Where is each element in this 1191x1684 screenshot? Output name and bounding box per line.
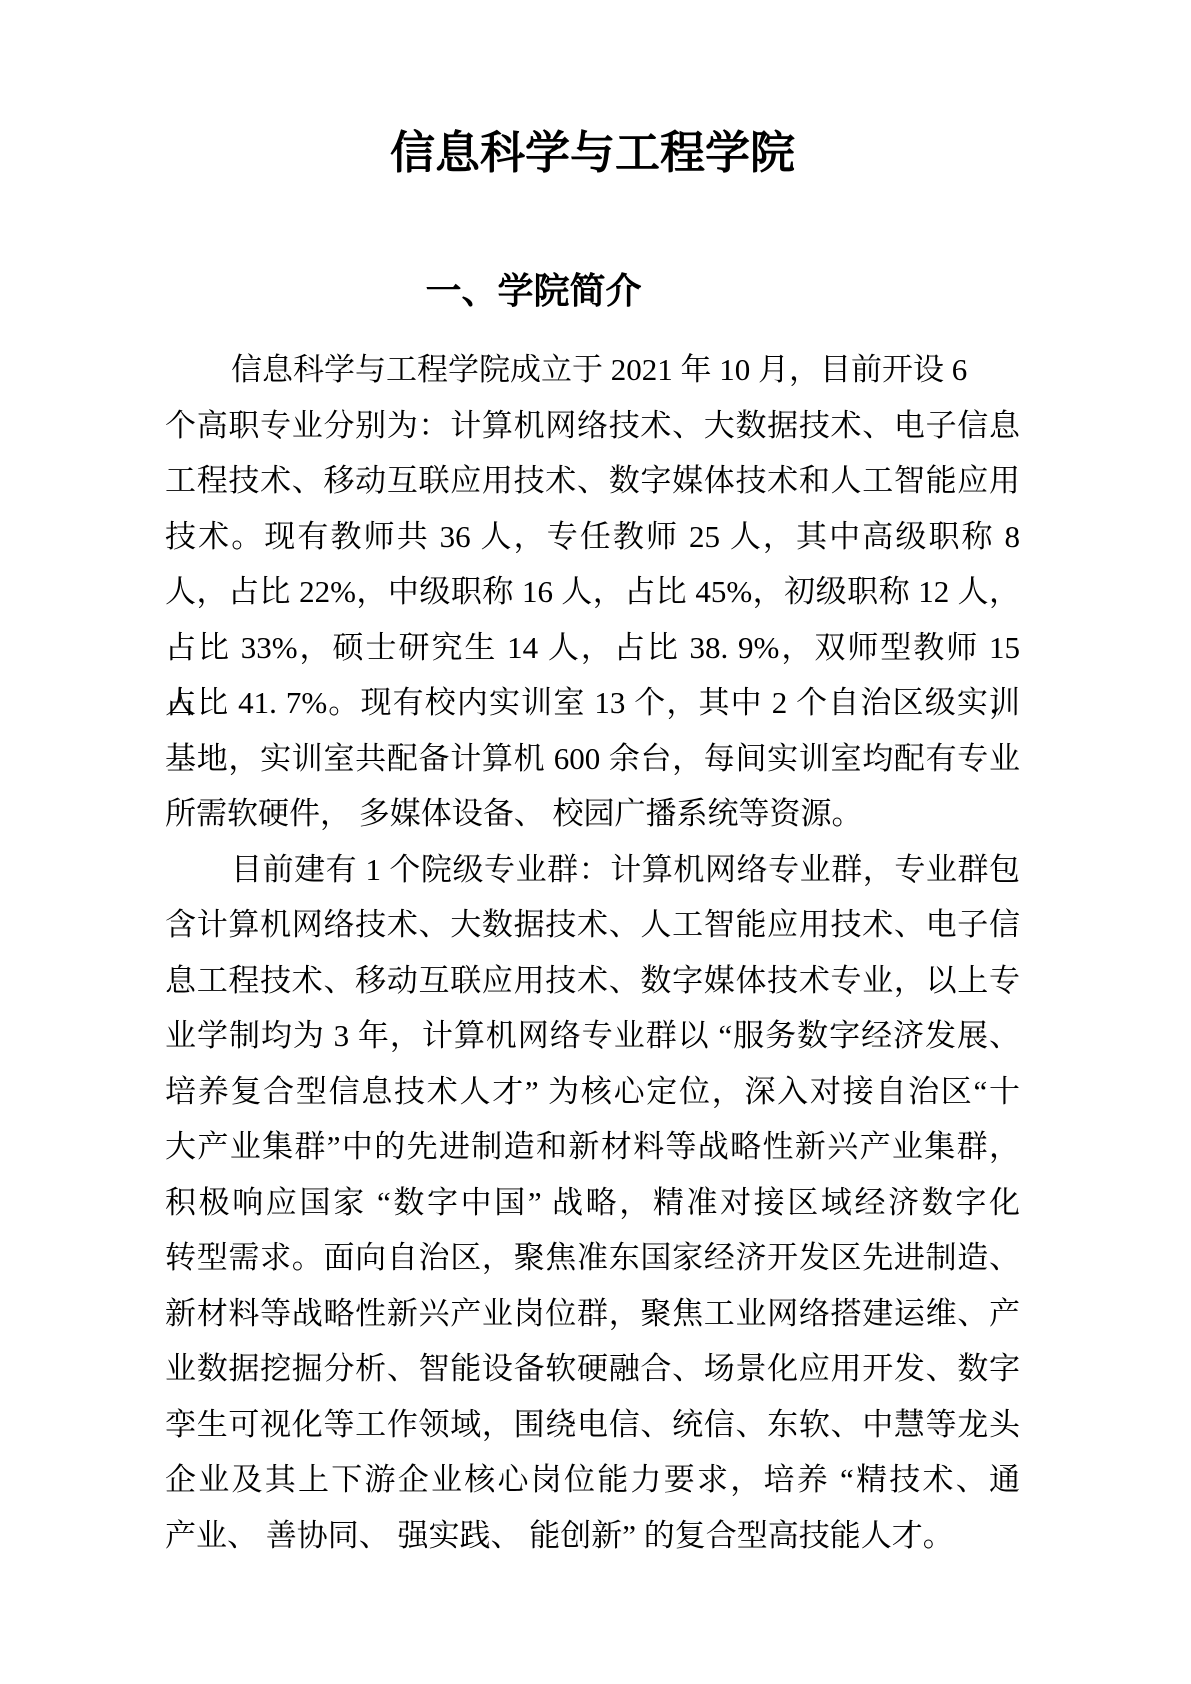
text-line: 大产业集群”中的先进制造和新材料等战略性新兴产业集群，	[165, 1119, 1020, 1175]
text-line: 占比 41. 7%。现有校内实训室 13 个，其中 2 个自治区级实训	[165, 675, 1020, 731]
text-line: 孪生可视化等工作领域，围绕电信、统信、东软、中慧等龙头	[165, 1397, 1020, 1453]
text-line: 占比 33%，硕士研究生 14 人，占比 38. 9%，双师型教师 15 人，	[165, 620, 1020, 676]
document-title: 信息科学与工程学院	[165, 120, 1020, 186]
text-line: 工程技术、移动互联应用技术、数字媒体技术和人工智能应用	[165, 453, 1020, 509]
text-line: 所需软硬件， 多媒体设备、 校园广播系统等资源。	[165, 786, 1020, 842]
text-line: 新材料等战略性新兴产业岗位群，聚焦工业网络搭建运维、产	[165, 1286, 1020, 1342]
text-line: 信息科学与工程学院成立于 2021 年 10 月，目前开设 6	[165, 342, 1020, 398]
paragraph: 信息科学与工程学院成立于 2021 年 10 月，目前开设 6个高职专业分别为：…	[165, 342, 1020, 842]
text-line: 个高职专业分别为：计算机网络技术、大数据技术、电子信息	[165, 398, 1020, 454]
document-page: 信息科学与工程学院 一、学院简介 信息科学与工程学院成立于 2021 年 10 …	[0, 0, 1191, 1684]
text-line: 培养复合型信息技术人才” 为核心定位，深入对接自治区“十	[165, 1064, 1020, 1120]
text-line: 业数据挖掘分析、智能设备软硬融合、场景化应用开发、数字	[165, 1341, 1020, 1397]
text-line: 企业及其上下游企业核心岗位能力要求，培养 “精技术、通	[165, 1452, 1020, 1508]
text-line: 基地，实训室共配备计算机 600 余台，每间实训室均配有专业	[165, 731, 1020, 787]
text-line: 人，占比 22%，中级职称 16 人，占比 45%，初级职称 12 人，	[165, 564, 1020, 620]
text-line: 转型需求。面向自治区，聚焦准东国家经济开发区先进制造、	[165, 1230, 1020, 1286]
text-line: 息工程技术、移动互联应用技术、数字媒体技术专业，以上专	[165, 953, 1020, 1009]
text-line: 业学制均为 3 年，计算机网络专业群以 “服务数字经济发展、	[165, 1008, 1020, 1064]
text-line: 技术。现有教师共 36 人，专任教师 25 人，其中高级职称 8	[165, 509, 1020, 565]
text-line: 产业、 善协同、 强实践、 能创新” 的复合型高技能人才。	[165, 1508, 1020, 1564]
section-heading: 一、学院简介	[165, 266, 1020, 316]
document-body: 信息科学与工程学院成立于 2021 年 10 月，目前开设 6个高职专业分别为：…	[165, 342, 1020, 1563]
text-line: 积极响应国家 “数字中国” 战略，精准对接区域经济数字化	[165, 1175, 1020, 1231]
paragraph: 目前建有 1 个院级专业群：计算机网络专业群，专业群包含计算机网络技术、大数据技…	[165, 842, 1020, 1564]
text-line: 含计算机网络技术、大数据技术、人工智能应用技术、电子信	[165, 897, 1020, 953]
text-line: 目前建有 1 个院级专业群：计算机网络专业群，专业群包	[165, 842, 1020, 898]
